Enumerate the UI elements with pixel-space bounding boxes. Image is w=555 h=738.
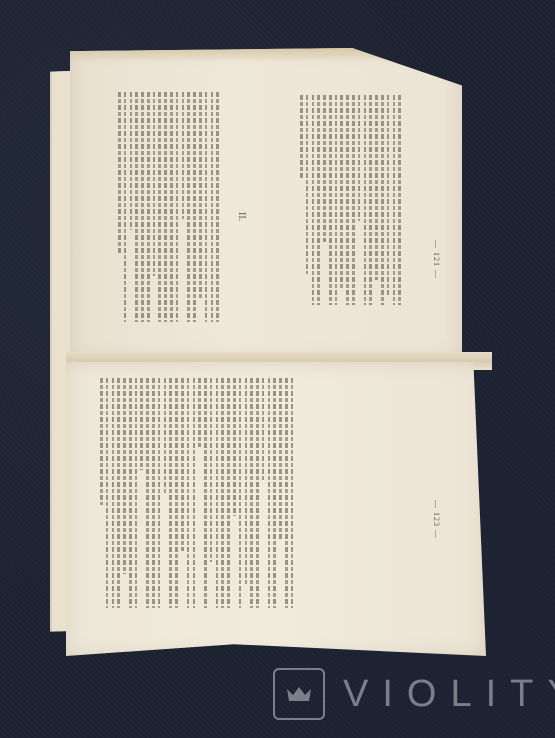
- text-line: [317, 95, 320, 305]
- text-line: [100, 378, 103, 505]
- text-line: [130, 92, 133, 230]
- text-line: [335, 95, 338, 305]
- text-line: [323, 95, 326, 242]
- text-line: [124, 92, 127, 322]
- text-line: [175, 378, 178, 608]
- text-line: [141, 92, 144, 322]
- text-block-top-upper: [300, 95, 401, 305]
- text-line: [285, 378, 288, 608]
- text-line: [187, 92, 190, 322]
- text-line: [147, 92, 150, 322]
- text-line: [369, 95, 372, 305]
- text-line: [352, 95, 355, 305]
- text-line: [273, 378, 276, 608]
- text-line: [164, 92, 167, 322]
- text-line: [146, 378, 149, 608]
- text-line: [233, 378, 236, 516]
- text-line: [153, 92, 156, 276]
- section-heading: II.: [236, 212, 247, 221]
- text-line: [135, 378, 138, 608]
- text-line: [158, 378, 161, 608]
- text-line: [176, 92, 179, 322]
- page-number-bottom: — 123 —: [432, 500, 441, 539]
- text-line: [204, 378, 207, 608]
- text-line: [312, 95, 315, 305]
- text-line: [140, 378, 143, 470]
- text-line: [306, 95, 309, 274]
- text-line: [227, 378, 230, 608]
- text-line: [158, 92, 161, 322]
- text-line: [118, 92, 121, 253]
- text-line: [375, 95, 378, 280]
- text-line: [106, 378, 109, 608]
- text-line: [340, 95, 343, 288]
- text-line: [329, 95, 332, 305]
- text-line: [112, 378, 115, 608]
- text-line: [245, 378, 248, 585]
- watermark-text: VIOLITY: [343, 673, 555, 716]
- text-line: [268, 378, 271, 608]
- text-block-bottom: [100, 378, 293, 608]
- text-line: [387, 95, 390, 297]
- text-line: [262, 378, 265, 482]
- text-line: [169, 378, 172, 608]
- crown-icon: [286, 686, 312, 702]
- text-line: [210, 378, 213, 562]
- text-line: [300, 95, 303, 179]
- text-line: [135, 92, 138, 322]
- text-line: [358, 95, 361, 221]
- text-line: [193, 378, 196, 608]
- text-line: [364, 95, 367, 305]
- text-line: [193, 92, 196, 322]
- text-block-top-lower: [118, 92, 219, 322]
- text-line: [250, 378, 253, 608]
- watermark: VIOLITY: [273, 668, 555, 720]
- text-line: [398, 95, 401, 305]
- text-line: [182, 92, 185, 219]
- text-line: [123, 378, 126, 574]
- text-line: [181, 378, 184, 551]
- text-line: [346, 95, 349, 305]
- text-line: [211, 92, 214, 322]
- text-line: [291, 378, 294, 608]
- text-line: [164, 378, 167, 493]
- photo-scene: — 121 — II. — 123 — VIOLITY: [0, 0, 555, 738]
- text-line: [198, 378, 201, 447]
- text-line: [117, 378, 120, 608]
- page-number-top: — 121 —: [432, 240, 441, 279]
- text-line: [216, 378, 219, 608]
- text-line: [187, 378, 190, 608]
- text-line: [129, 378, 132, 608]
- watermark-logo: [273, 668, 325, 720]
- text-line: [279, 378, 282, 539]
- text-line: [381, 95, 384, 305]
- text-line: [170, 92, 173, 322]
- text-line: [205, 92, 208, 322]
- text-line: [256, 378, 259, 608]
- text-line: [216, 92, 219, 322]
- text-line: [221, 378, 224, 608]
- text-line: [239, 378, 242, 608]
- text-line: [152, 378, 155, 608]
- text-line: [199, 92, 202, 299]
- text-line: [393, 95, 396, 305]
